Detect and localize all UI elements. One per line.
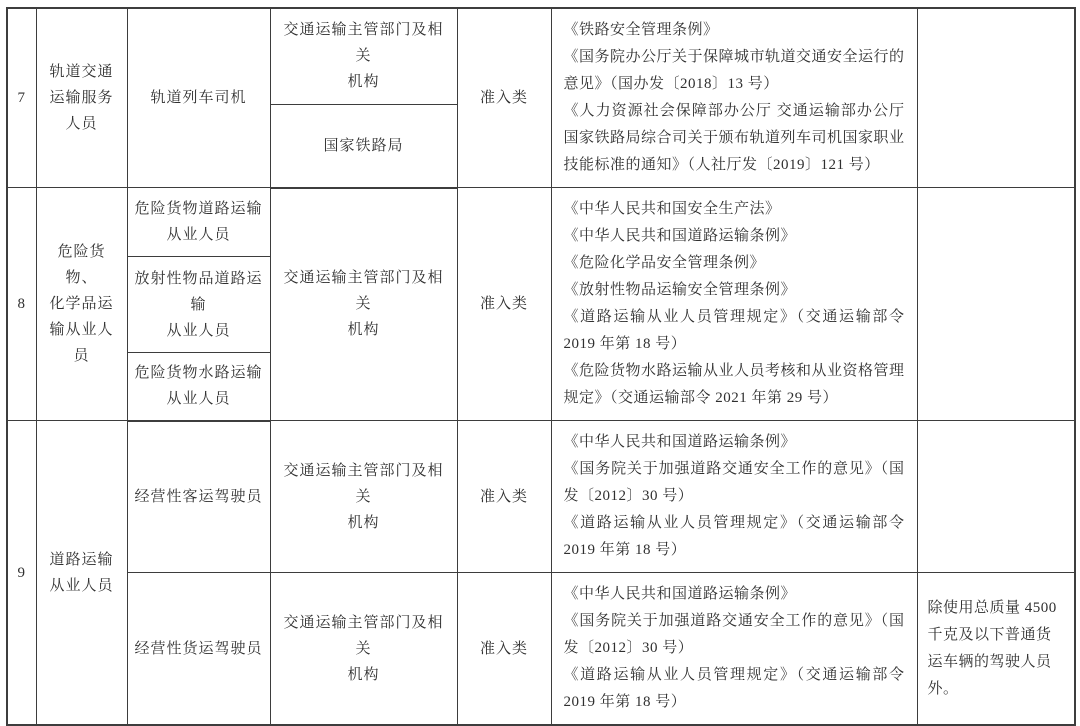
authority-cell: 国家铁路局	[270, 104, 457, 187]
type-cell: 准入类	[457, 8, 551, 188]
legal-item: 《放射性物品运输安全管理条例》	[564, 277, 905, 304]
legal-item: 《道路运输从业人员管理规定》（交通运输部令 2019 年第 18 号）	[564, 662, 905, 716]
job-cell: 经营性客运驾驶员	[127, 421, 270, 573]
legal-item: 《危险货物水路运输从业人员考核和从业资格管理规定》（交通运输部令 2021 年第…	[564, 358, 905, 412]
legal-item: 《危险化学品安全管理条例》	[564, 250, 905, 277]
note-cell	[917, 421, 1075, 573]
category-cell: 危险货物、 化学品运 输从业人 员	[36, 188, 127, 421]
table-row: 7 轨道交通 运输服务 人员 轨道列车司机 交通运输主管部门及相关 机构 准入类…	[7, 8, 1075, 104]
table-row: 8 危险货物、 化学品运 输从业人 员 危险货物道路运输 从业人员 交通运输主管…	[7, 188, 1075, 257]
note-cell: 除使用总质量 4500 千克及以下普通货运车辆的驾驶人员外。	[917, 573, 1075, 726]
table-row: 9 道路运输 从业人员 经营性客运驾驶员 交通运输主管部门及相关 机构 准入类 …	[7, 421, 1075, 573]
authority-cell: 交通运输主管部门及相关 机构	[270, 421, 457, 573]
legal-item: 《中华人民共和国道路运输条例》	[564, 429, 905, 456]
note-cell	[917, 8, 1075, 188]
legal-basis-cell: 《铁路安全管理条例》 《国务院办公厅关于保障城市轨道交通安全运行的意见》（国办发…	[551, 8, 917, 188]
job-cell: 危险货物水路运输 从业人员	[127, 353, 270, 421]
note-cell	[917, 188, 1075, 421]
authority-cell: 交通运输主管部门及相关 机构	[270, 188, 457, 421]
legal-item: 《中华人民共和国安全生产法》	[564, 196, 905, 223]
legal-item: 《国务院办公厅关于保障城市轨道交通安全运行的意见》（国办发〔2018〕13 号）	[564, 44, 905, 98]
legal-item: 《道路运输从业人员管理规定》（交通运输部令 2019 年第 18 号）	[564, 304, 905, 358]
row-number-cell: 8	[7, 188, 36, 421]
qualification-catalog-table: 7 轨道交通 运输服务 人员 轨道列车司机 交通运输主管部门及相关 机构 准入类…	[6, 7, 1076, 726]
authority-cell: 交通运输主管部门及相关 机构	[270, 8, 457, 104]
legal-item: 《国务院关于加强道路交通安全工作的意见》（国发〔2012〕30 号）	[564, 608, 905, 662]
document-page: 7 轨道交通 运输服务 人员 轨道列车司机 交通运输主管部门及相关 机构 准入类…	[0, 0, 1080, 598]
type-cell: 准入类	[457, 188, 551, 421]
type-cell: 准入类	[457, 573, 551, 726]
legal-item: 《人力资源社会保障部办公厅 交通运输部办公厅 国家铁路局综合司关于颁布轨道列车司…	[564, 98, 905, 179]
job-cell: 经营性货运驾驶员	[127, 573, 270, 726]
legal-basis-cell: 《中华人民共和国道路运输条例》 《国务院关于加强道路交通安全工作的意见》（国发〔…	[551, 421, 917, 573]
legal-basis-cell: 《中华人民共和国道路运输条例》 《国务院关于加强道路交通安全工作的意见》（国发〔…	[551, 573, 917, 726]
type-cell: 准入类	[457, 421, 551, 573]
legal-item: 《中华人民共和国道路运输条例》	[564, 223, 905, 250]
authority-cell: 交通运输主管部门及相关 机构	[270, 573, 457, 726]
category-cell: 道路运输 从业人员	[36, 421, 127, 726]
legal-item: 《中华人民共和国道路运输条例》	[564, 581, 905, 608]
job-cell: 放射性物品道路运输 从业人员	[127, 257, 270, 353]
row-number-cell: 9	[7, 421, 36, 726]
job-cell: 轨道列车司机	[127, 8, 270, 188]
legal-item: 《道路运输从业人员管理规定》（交通运输部令 2019 年第 18 号）	[564, 510, 905, 564]
row-number-cell: 7	[7, 8, 36, 188]
category-cell: 轨道交通 运输服务 人员	[36, 8, 127, 188]
legal-item: 《国务院关于加强道路交通安全工作的意见》（国发〔2012〕30 号）	[564, 456, 905, 510]
table-row: 经营性货运驾驶员 交通运输主管部门及相关 机构 准入类 《中华人民共和国道路运输…	[7, 573, 1075, 726]
legal-basis-cell: 《中华人民共和国安全生产法》 《中华人民共和国道路运输条例》 《危险化学品安全管…	[551, 188, 917, 421]
legal-item: 《铁路安全管理条例》	[564, 17, 905, 44]
job-cell: 危险货物道路运输 从业人员	[127, 188, 270, 257]
